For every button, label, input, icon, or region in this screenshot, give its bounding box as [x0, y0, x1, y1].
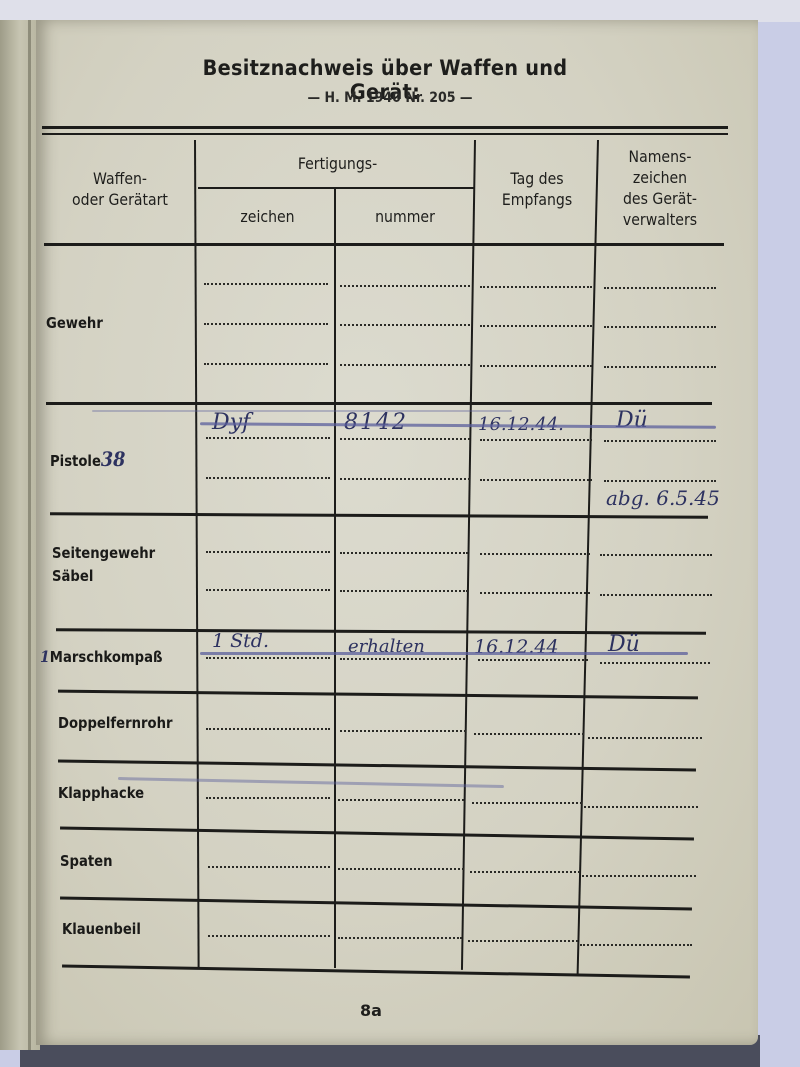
- entry-line: [580, 944, 692, 946]
- row-label-spaten: Spaten: [60, 850, 113, 873]
- column-divider-2: [334, 188, 336, 968]
- entry-line: [478, 659, 588, 661]
- header-tag-line1: Tag des: [485, 168, 589, 189]
- page-number: 8a: [360, 1001, 382, 1020]
- entry-line: [340, 658, 468, 660]
- pistole-faint-line: [92, 410, 512, 412]
- entry-line: [582, 875, 696, 877]
- header-namens-line4: verwalters: [605, 209, 714, 230]
- entry-line: [206, 797, 330, 799]
- header-namens: Namens- zeichen des Gerät- verwalters: [605, 146, 714, 230]
- row-label-doppelfernrohr: Doppelfernrohr: [58, 712, 172, 735]
- header-bottom-rule: [44, 243, 724, 246]
- header-top-rule: [42, 126, 728, 129]
- header-namens-line3: des Gerät-: [605, 188, 714, 209]
- entry-line: [600, 554, 712, 556]
- entry-line: [204, 323, 328, 325]
- entry-line: [340, 438, 470, 440]
- entry-line: [338, 799, 464, 801]
- handwritten-quantity: 1: [40, 647, 50, 666]
- header-top-rule-thin: [42, 133, 728, 135]
- kompass-strikethrough: [200, 652, 688, 655]
- row-label-pistole: Pistole38: [50, 448, 125, 473]
- entry-line: [338, 937, 462, 939]
- entry-line: [340, 324, 470, 326]
- entry-line: [604, 440, 716, 442]
- entry-line: [584, 806, 698, 808]
- entry-line: [480, 365, 592, 367]
- entry-line: [604, 480, 716, 482]
- header-fertigung-rule: [198, 187, 474, 189]
- row-label-marschkompass-text: Marschkompaß: [50, 648, 163, 666]
- entry-line: [474, 733, 584, 735]
- entry-line: [604, 326, 716, 328]
- pistole-return-note: abg. 6.5.45: [606, 486, 720, 510]
- entry-line: [340, 364, 470, 366]
- header-type-line2: oder Gerätart: [58, 189, 181, 210]
- entry-line: [208, 935, 330, 937]
- row-label-seitengewehr-line1: Seitengewehr: [52, 542, 155, 565]
- entry-line: [206, 477, 330, 479]
- pistole-namen-entry: Dü: [616, 408, 648, 433]
- header-namens-line2: zeichen: [605, 167, 714, 188]
- row-label-saebel-line2: Säbel: [52, 565, 155, 588]
- row-label-marschkompass: 1Marschkompaß: [40, 645, 163, 669]
- header-tag-line2: Empfangs: [485, 189, 589, 210]
- entry-line: [470, 871, 580, 873]
- entry-line: [480, 286, 592, 288]
- entry-line: [338, 868, 464, 870]
- entry-line: [208, 866, 330, 868]
- row-label-pistole-text: Pistole: [50, 452, 101, 470]
- header-namens-line1: Namens-: [605, 146, 714, 167]
- row-label-klauenbeil: Klauenbeil: [62, 918, 141, 941]
- row-label-seitengewehr: Seitengewehr Säbel: [52, 542, 155, 588]
- entry-line: [204, 363, 328, 365]
- header-tag: Tag des Empfangs: [485, 168, 589, 210]
- row-rule-1: [46, 402, 712, 405]
- row-label-gewehr: Gewehr: [46, 312, 103, 335]
- header-type: Waffen- oder Gerätart: [58, 168, 181, 210]
- entry-line: [206, 657, 330, 659]
- entry-line: [206, 728, 330, 730]
- spine-fold: [28, 20, 31, 1050]
- entry-line: [468, 940, 578, 942]
- header-fertigung: Fertigungs-: [217, 153, 459, 174]
- kompass-zeichen-entry: 1 Std.: [212, 630, 269, 652]
- row-label-klapphacke: Klapphacke: [58, 782, 144, 805]
- entry-line: [480, 439, 592, 441]
- entry-line: [204, 283, 328, 285]
- entry-line: [480, 553, 590, 555]
- entry-line: [340, 552, 468, 554]
- left-page-edge: [0, 20, 40, 1050]
- entry-line: [472, 802, 582, 804]
- entry-line: [340, 478, 470, 480]
- entry-line: [340, 730, 466, 732]
- header-zeichen: zeichen: [208, 206, 327, 227]
- header-nummer: nummer: [344, 206, 465, 227]
- entry-line: [340, 285, 470, 287]
- header-type-line1: Waffen-: [58, 168, 181, 189]
- entry-line: [480, 325, 592, 327]
- page-subtitle: — H. M. 1940 Nr. 205 —: [200, 90, 580, 106]
- entry-line: [206, 551, 330, 553]
- entry-line: [604, 287, 716, 289]
- background-top: [0, 0, 800, 22]
- entry-line: [604, 366, 716, 368]
- entry-line: [600, 662, 710, 664]
- entry-line: [206, 589, 330, 591]
- entry-line: [340, 590, 468, 592]
- handwritten-model-number: 38: [101, 447, 126, 471]
- entry-line: [588, 737, 702, 739]
- entry-line: [480, 592, 590, 594]
- entry-line: [206, 437, 330, 439]
- entry-line: [480, 479, 592, 481]
- entry-line: [600, 594, 712, 596]
